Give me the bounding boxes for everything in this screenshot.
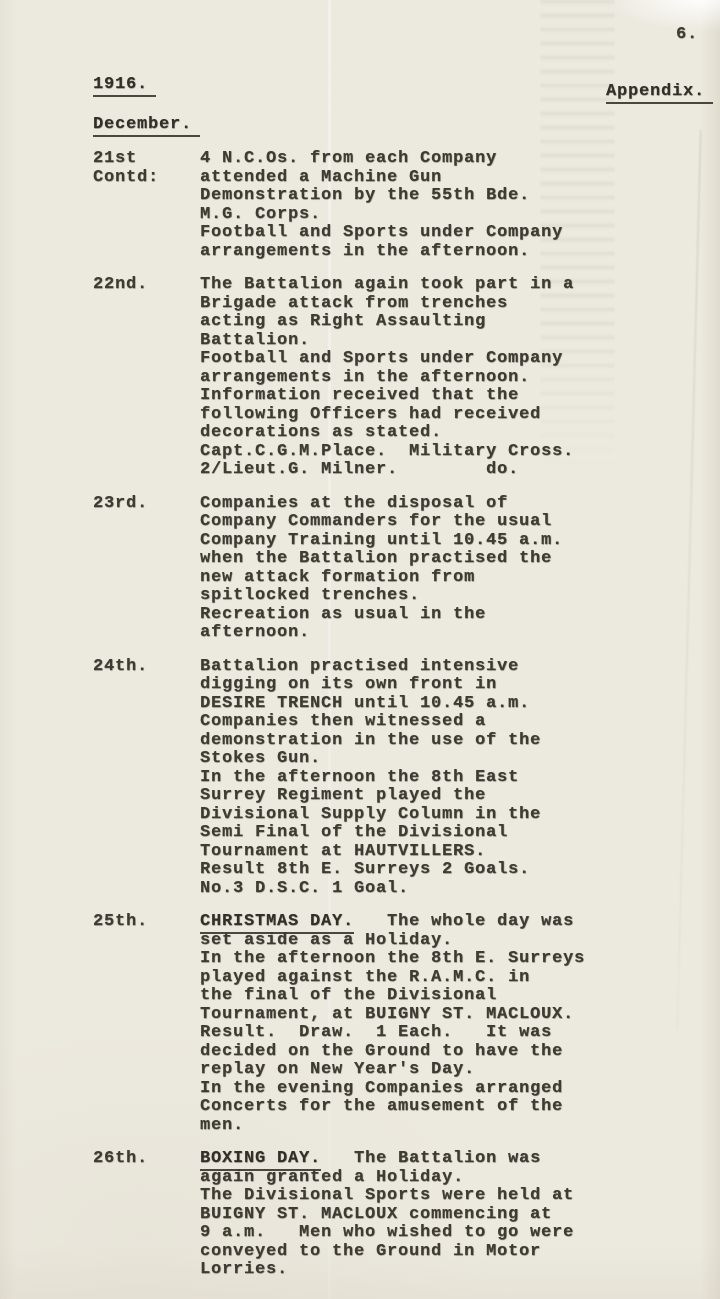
entry-text-line: replay on New Year's Day.: [200, 1061, 713, 1080]
entry-text-line: Football and Sports under Company: [200, 350, 713, 369]
entry-text-line: The Battalion again took part in a: [200, 276, 713, 295]
entry-text-line: In the afternoon the 8th E. Surreys: [200, 950, 713, 969]
entry-text-line: BOXING DAY. The Battalion was: [200, 1150, 713, 1169]
diary-entry: 25th. CHRISTMAS DAY. The whole day wasse…: [93, 913, 713, 1135]
diary-entry: 23rd. Companies at the disposal ofCompan…: [93, 495, 713, 643]
entry-text-line: afternoon.: [200, 624, 713, 643]
entry-text-line: Company Training until 10.45 a.m.: [200, 532, 713, 551]
entry-text-line: 2/Lieut.G. Milner. do.: [200, 461, 713, 480]
diary-entry: 22nd. The Battalion again took part in a…: [93, 276, 713, 480]
month-heading: December.: [93, 116, 200, 135]
entry-text-line: men.: [200, 1117, 713, 1136]
entry-text-line: Concerts for the amusement of the: [200, 1098, 713, 1117]
entry-body: 4 N.C.Os. from each Companyattended a Ma…: [200, 150, 713, 261]
entry-text-line: Demonstration by the 55th Bde.: [200, 187, 713, 206]
entry-text-line: demonstration in the use of the: [200, 732, 713, 751]
entry-text-line: In the afternoon the 8th East: [200, 769, 713, 788]
entry-text-line: Surrey Regiment played the: [200, 787, 713, 806]
entry-text-line: acting as Right Assaulting: [200, 313, 713, 332]
diary-entries: 21st Contd: 4 N.C.Os. from each Companya…: [93, 150, 713, 1295]
page-number: 6.: [676, 26, 698, 45]
entry-text-line: Companies then witnessed a: [200, 713, 713, 732]
entry-text-line: Football and Sports under Company: [200, 224, 713, 243]
entry-text-line: attended a Machine Gun: [200, 169, 713, 188]
entry-date-label: 24th.: [93, 658, 200, 899]
entry-text-line: Divisional Supply Column in the: [200, 806, 713, 825]
diary-entry: 21st Contd: 4 N.C.Os. from each Companya…: [93, 150, 713, 261]
entry-text-line: Brigade attack from trenches: [200, 295, 713, 314]
entry-text-line: the final of the Divisional: [200, 987, 713, 1006]
entry-text-line: No.3 D.S.C. 1 Goal.: [200, 880, 713, 899]
entry-text-line: Lorries.: [200, 1261, 713, 1280]
entry-text-line: Result. Draw. 1 Each. It was: [200, 1024, 713, 1043]
entry-text-line: Information received that the: [200, 387, 713, 406]
entry-date-label: 22nd.: [93, 276, 200, 480]
entry-text-line: Companies at the disposal of: [200, 495, 713, 514]
entry-text-line: BUIGNY ST. MACLOUX commencing at: [200, 1206, 713, 1225]
entry-text-line: set aside as a Holiday.: [200, 932, 713, 951]
entry-text-line: arrangements in the afternoon.: [200, 369, 713, 388]
entry-body: BOXING DAY. The Battalion wasagain grant…: [200, 1150, 713, 1280]
entry-text-line: 4 N.C.Os. from each Company: [200, 150, 713, 169]
entry-text-line: Company Commanders for the usual: [200, 513, 713, 532]
entry-text-line: Recreation as usual in the: [200, 606, 713, 625]
entry-date-label: 26th.: [93, 1150, 200, 1280]
entry-text-line: Tournament, at BUIGNY ST. MACLOUX.: [200, 1006, 713, 1025]
entry-date-label: 25th.: [93, 913, 200, 1135]
entry-date-label: 23rd.: [93, 495, 200, 643]
entry-body: Companies at the disposal ofCompany Comm…: [200, 495, 713, 643]
diary-entry: 26th. BOXING DAY. The Battalion wasagain…: [93, 1150, 713, 1280]
entry-text-line: Battalion practised intensive: [200, 658, 713, 677]
entry-text-line: decorations as stated.: [200, 424, 713, 443]
entry-text-line: Battalion.: [200, 332, 713, 351]
entry-text-line: arrangements in the afternoon.: [200, 243, 713, 262]
diary-entry: 24th. Battalion practised intensivediggi…: [93, 658, 713, 899]
entry-text-line: again granted a Holiday.: [200, 1169, 713, 1188]
entry-body: The Battalion again took part in aBrigad…: [200, 276, 713, 480]
year-heading: 1916.: [93, 76, 156, 95]
entry-text-line: Stokes Gun.: [200, 750, 713, 769]
entry-body: CHRISTMAS DAY. The whole day wasset asid…: [200, 913, 713, 1135]
entry-text-line: Tournament at HAUTVILLERS.: [200, 843, 713, 862]
appendix-label: Appendix.: [606, 83, 713, 102]
entry-text-line: M.G. Corps.: [200, 206, 713, 225]
entry-text-line: new attack formation from: [200, 569, 713, 588]
entry-text-line: played against the R.A.M.C. in: [200, 969, 713, 988]
entry-text-line: Capt.C.G.M.Place. Military Cross.: [200, 443, 713, 462]
entry-text-line: 9 a.m. Men who wished to go were: [200, 1224, 713, 1243]
entry-text-line: decided on the Ground to have the: [200, 1043, 713, 1062]
entry-text-line: conveyed to the Ground in Motor: [200, 1243, 713, 1262]
entry-text-line: when the Battalion practised the: [200, 550, 713, 569]
entry-text-line: DESIRE TRENCH until 10.45 a.m.: [200, 695, 713, 714]
entry-text-line: Semi Final of the Divisional: [200, 824, 713, 843]
entry-body: Battalion practised intensivedigging on …: [200, 658, 713, 899]
entry-text-line: In the evening Companies arranged: [200, 1080, 713, 1099]
entry-text-line: Result 8th E. Surreys 2 Goals.: [200, 861, 713, 880]
document-page: 6. 1916. Appendix. December. 21st Contd:…: [0, 0, 720, 1299]
entry-text-line: digging on its own front in: [200, 676, 713, 695]
entry-text-line: following Officers had received: [200, 406, 713, 425]
entry-text-line: spitlocked trenches.: [200, 587, 713, 606]
entry-text-line: The Divisional Sports were held at: [200, 1187, 713, 1206]
entry-text-line: CHRISTMAS DAY. The whole day was: [200, 913, 713, 932]
entry-date-label: 21st Contd:: [93, 150, 200, 261]
